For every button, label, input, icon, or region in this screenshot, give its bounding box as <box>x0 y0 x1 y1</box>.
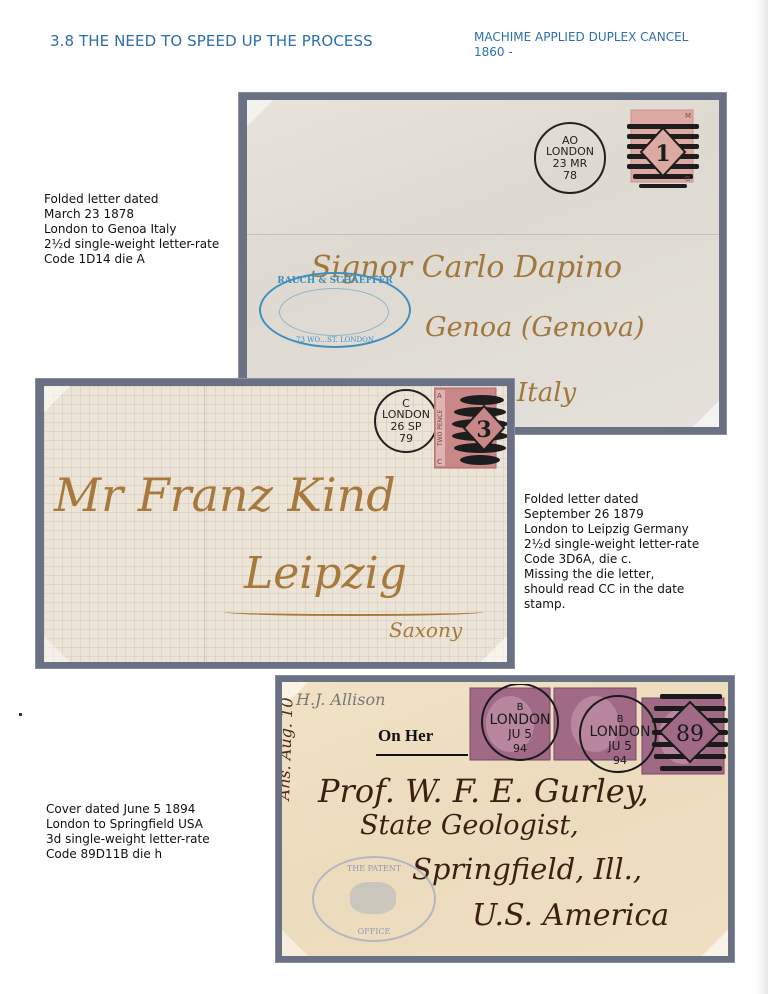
fold-line <box>204 386 205 662</box>
svg-text:G: G <box>685 175 690 183</box>
postage-stamp: TWO PENCE A C 3 <box>434 386 507 476</box>
killer-number: 3 <box>476 417 491 443</box>
svg-text:LONDON: LONDON <box>589 724 650 740</box>
postage-stamp: 1 M G <box>627 106 707 206</box>
margin-note: Ans. Aug. 10 <box>282 697 297 800</box>
description-line: Folded letter dated <box>524 492 699 507</box>
page-subtitle: MACHIME APPLIED DUPLEX CANCEL 1860 - <box>474 30 688 60</box>
svg-text:M: M <box>685 112 691 120</box>
killer-number: 1 <box>655 141 670 167</box>
mount-corner <box>247 100 273 126</box>
description-line: 2½d single-weight letter-rate <box>44 237 219 252</box>
address-line: Saxony <box>389 618 462 642</box>
killer-number: 89 <box>676 722 704 747</box>
description-line: Code 3D6A, die c. <box>524 552 699 567</box>
svg-text:JU 5: JU 5 <box>607 739 632 753</box>
cover-2[interactable]: C LONDON 26 SP 79 TWO PENCE A C 3 Mr Fra… <box>44 386 507 662</box>
handstamp-text: OFFICE <box>314 927 434 936</box>
date-postmark: C LONDON 26 SP 79 <box>374 389 438 453</box>
mount-corner <box>282 930 308 956</box>
description-line: Code 89D11B die h <box>46 847 210 862</box>
mount-corner <box>481 636 507 662</box>
postmark-line: 79 <box>399 433 413 445</box>
mount-corner <box>44 636 70 662</box>
description-line: 2½d single-weight letter-rate <box>524 537 699 552</box>
description-item-1: Folded letter dated March 23 1878 London… <box>44 192 219 267</box>
cover-1[interactable]: AO LONDON 23 MR 78 1 M G Signor Carlo Da… <box>247 100 719 427</box>
patent-office-handstamp: THE PATENT OFFICE <box>312 856 436 942</box>
svg-text:A: A <box>437 392 442 400</box>
handstamp-text: 73 WO…ST. LONDON <box>261 336 409 344</box>
description-line: Missing the die letter, <box>524 567 699 582</box>
svg-text:94: 94 <box>613 754 627 767</box>
postage-stamp-strip: B LONDON JU 5 94 B LONDON JU 5 94 89 <box>468 684 728 784</box>
description-line: Code 1D14 die A <box>44 252 219 267</box>
handstamp-text: RAUCH & SCHAEFFER <box>261 276 409 286</box>
underline-flourish <box>224 608 484 616</box>
address-line: State Geologist, <box>360 810 579 841</box>
mount-corner <box>693 401 719 427</box>
mount-corner <box>44 386 70 412</box>
svg-text:JU 5: JU 5 <box>507 727 532 741</box>
fold-line <box>247 234 719 235</box>
description-line: London to Springfield USA <box>46 817 210 832</box>
description-line: London to Leipzig Germany <box>524 522 699 537</box>
page-title: 3.8 THE NEED TO SPEED UP THE PROCESS <box>50 32 373 50</box>
address-line: Italy <box>517 378 576 408</box>
description-line: should read CC in the date <box>524 582 699 597</box>
postmark-line: 78 <box>563 170 577 182</box>
address-line: Springfield, Ill., <box>412 852 642 886</box>
description-line: London to Genoa Italy <box>44 222 219 237</box>
subtitle-line-1: MACHIME APPLIED DUPLEX CANCEL <box>474 30 688 45</box>
handstamp-text: THE PATENT <box>314 864 434 873</box>
description-line: 3d single-weight letter-rate <box>46 832 210 847</box>
svg-text:94: 94 <box>513 742 527 755</box>
address-line: Leipzig <box>244 548 407 599</box>
pencil-note: H.J. Allison <box>296 690 385 709</box>
svg-text:C: C <box>437 458 442 466</box>
svg-text:TWO PENCE: TWO PENCE <box>437 410 444 447</box>
address-line: Genoa (Genova) <box>425 312 644 343</box>
address-line: U.S. America <box>472 898 669 933</box>
dust-speck <box>19 713 22 716</box>
date-postmark: AO LONDON 23 MR 78 <box>534 122 606 194</box>
coat-of-arms <box>350 882 396 914</box>
description-line: Folded letter dated <box>44 192 219 207</box>
svg-text:LONDON: LONDON <box>489 712 550 728</box>
description-line: September 26 1879 <box>524 507 699 522</box>
cover-3[interactable]: H.J. Allison On Her B LONDON JU 5 94 B L… <box>282 682 728 956</box>
postmark-line: 23 MR <box>553 158 588 170</box>
sender-handstamp: RAUCH & SCHAEFFER 73 WO…ST. LONDON <box>259 272 411 348</box>
printed-rule <box>376 754 468 756</box>
printed-heading: On Her <box>378 726 433 746</box>
description-item-3: Cover dated June 5 1894 London to Spring… <box>46 802 210 862</box>
description-line: March 23 1878 <box>44 207 219 222</box>
postmark-line: 26 SP <box>390 421 421 433</box>
mount-corner <box>702 930 728 956</box>
page-edge-shadow <box>756 0 768 994</box>
description-line: stamp. <box>524 597 699 612</box>
address-line: Mr Franz Kind <box>54 468 396 522</box>
address-line: Prof. W. F. E. Gurley, <box>318 772 649 810</box>
description-line: Cover dated June 5 1894 <box>46 802 210 817</box>
subtitle-line-2: 1860 - <box>474 45 688 60</box>
description-item-2: Folded letter dated September 26 1879 Lo… <box>524 492 699 612</box>
